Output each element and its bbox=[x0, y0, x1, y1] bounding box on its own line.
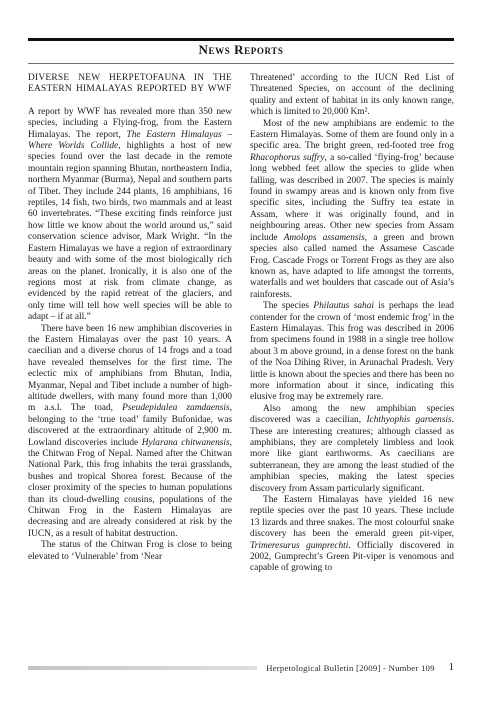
paragraph-text: The Eastern Himalayas have yielded 16 ne… bbox=[250, 495, 454, 539]
journal-line: Herpetological Bulletin [2009] - Number … bbox=[266, 663, 435, 673]
paragraph-text: , a so-called ‘flying-frog’ because long… bbox=[250, 153, 454, 243]
paragraph-text: , the Chitwan Frog of Nepal. Named after… bbox=[28, 438, 232, 539]
paragraph-text: is perhaps the lead contender for the cr… bbox=[250, 301, 454, 402]
species-name-italic: Trimeresurus gumprechti bbox=[250, 541, 348, 551]
right-column-text: Threatened’ according to the IUCN Red Li… bbox=[250, 73, 454, 575]
paragraph-text: The status of the Chitwan Frog is close … bbox=[28, 540, 232, 561]
article-paragraph: A report by WWF has revealed more than 3… bbox=[28, 107, 232, 324]
left-column: DIVERSE NEW HERPETOFAUNA IN THE EASTERN … bbox=[28, 73, 232, 575]
right-column: Threatened’ according to the IUCN Red Li… bbox=[250, 73, 454, 575]
footer-rule bbox=[28, 666, 257, 670]
paragraph-text: Most of the new amphibians are endemic t… bbox=[250, 119, 454, 152]
article-paragraph: Threatened’ according to the IUCN Red Li… bbox=[250, 73, 454, 119]
species-name-italic: Hylarana chitwanensis bbox=[142, 438, 230, 448]
page-footer: Herpetological Bulletin [2009] - Number … bbox=[28, 662, 454, 673]
paragraph-text: . These are interesting creatures; altho… bbox=[250, 415, 454, 493]
header-rule-top bbox=[28, 38, 454, 41]
paragraph-text: The species bbox=[263, 301, 313, 311]
article-paragraph: The status of the Chitwan Frog is close … bbox=[28, 540, 232, 563]
species-name-italic: Ichthyophis garoensis bbox=[366, 415, 451, 425]
species-name-italic: Amolops assamensis bbox=[284, 233, 365, 243]
article-paragraph: Also among the new amphibian species dis… bbox=[250, 404, 454, 495]
species-name-italic: Pseudepidalea zamdaensis bbox=[122, 403, 230, 413]
article-paragraph: The Eastern Himalayas have yielded 16 ne… bbox=[250, 495, 454, 575]
article-paragraph: The species Philautus sahai is perhaps t… bbox=[250, 301, 454, 404]
paragraph-text: There have been 16 new amphibian discove… bbox=[28, 324, 232, 414]
section-title: News Reports bbox=[0, 42, 482, 58]
page-number: 1 bbox=[449, 662, 454, 673]
header-rule-bottom bbox=[28, 63, 454, 64]
article-heading: DIVERSE NEW HERPETOFAUNA IN THE EASTERN … bbox=[28, 73, 232, 96]
species-name-italic: Rhacophorus suffry bbox=[250, 153, 325, 163]
article-paragraph: Most of the new amphibians are endemic t… bbox=[250, 119, 454, 302]
species-name-italic: Philautus sahai bbox=[313, 301, 374, 311]
article-paragraph: There have been 16 new amphibian discove… bbox=[28, 324, 232, 541]
left-column-text: A report by WWF has revealed more than 3… bbox=[28, 107, 232, 563]
paragraph-text: Threatened’ according to the IUCN Red Li… bbox=[250, 73, 454, 117]
article-body: DIVERSE NEW HERPETOFAUNA IN THE EASTERN … bbox=[28, 73, 454, 575]
journal-page: News Reports DIVERSE NEW HERPETOFAUNA IN… bbox=[0, 0, 482, 709]
paragraph-text: , highlights a host of new species found… bbox=[28, 141, 232, 322]
